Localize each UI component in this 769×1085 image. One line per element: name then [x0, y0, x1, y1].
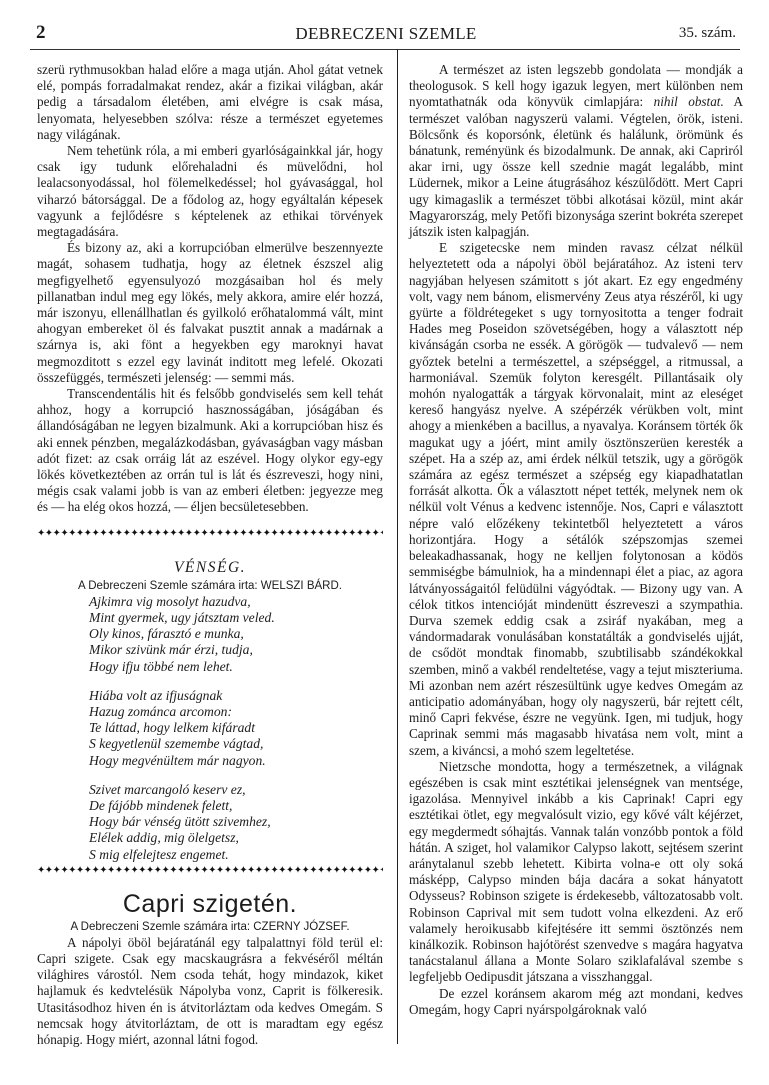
- poem-line: Oly kinos, fárasztó e munka,: [89, 626, 383, 642]
- paragraph: E szigetecske nem minden ravasz célzat n…: [409, 240, 743, 759]
- poem-line: Mikor szivünk már érzi, tudja,: [89, 642, 383, 658]
- poem-line: S kegyetlenül szemembe vágtad,: [89, 736, 383, 752]
- paragraph: És bizony az, aki a korrupcióban elmerül…: [37, 240, 383, 386]
- poem-line: S mig elfelejtesz engemet.: [89, 847, 383, 863]
- paragraph: De ezzel koránsem akarom még azt mondani…: [409, 986, 743, 1018]
- poem-body: Ajkimra vig mosolyt hazudva, Mint gyerme…: [89, 594, 383, 863]
- paragraph-text: A természet valóban nagyszerü valami. Vé…: [409, 94, 743, 239]
- poem-line: Hiába volt az ifjuságnak: [89, 688, 383, 704]
- column-divider: [397, 49, 398, 1044]
- poem-line: Mint gyermek, ugy játsztam veled.: [89, 610, 383, 626]
- poem-line: De fájóbb mindenek felett,: [89, 798, 383, 814]
- poem-line: Hogy megvénültem már nagyon.: [89, 753, 383, 769]
- ornamental-divider: ✦✦✦✦✦✦✦✦✦✦✦✦✦✦✦✦✦✦✦✦✦✦✦✦✦✦✦✦✦✦✦✦✦✦✦✦✦✦✦✦…: [37, 528, 383, 540]
- paragraph: Nietzsche mondotta, hogy a természetnek,…: [409, 759, 743, 986]
- poem-stanza: Ajkimra vig mosolyt hazudva, Mint gyerme…: [89, 594, 383, 675]
- header-rule: [30, 49, 740, 50]
- left-column: szerü rythmusokban halad előre a maga ut…: [37, 62, 383, 1048]
- poem-line: Hogy bár vénség ütött szivemhez,: [89, 814, 383, 830]
- paragraph: A természet az isten legszebb gondolata …: [409, 62, 743, 240]
- poem-line: Hazug zománca arcomon:: [89, 704, 383, 720]
- article-byline: A Debreczeni Szemle számára irta: CZERNY…: [37, 919, 383, 935]
- poem-stanza: Hiába volt az ifjuságnak Hazug zománca a…: [89, 688, 383, 769]
- poem-line: Hogy ifju többé nem lehet.: [89, 659, 383, 675]
- poem-line: Elélek addig, mig ölelgetsz,: [89, 830, 383, 846]
- poem-line: Te láttad, hogy lelkem kifáradt: [89, 720, 383, 736]
- ornamental-divider: ✦✦✦✦✦✦✦✦✦✦✦✦✦✦✦✦✦✦✦✦✦✦✦✦✦✦✦✦✦✦✦✦✦✦✦✦✦✦✦✦…: [37, 865, 383, 877]
- paragraph: Transcendentális hit és felsőbb gondvise…: [37, 386, 383, 516]
- latin-phrase: nihil obstat.: [654, 94, 724, 109]
- publication-title: DEBRECZENI SZEMLE: [36, 24, 736, 44]
- poem-byline: A Debreczeni Szemle számára irta: WELSZI…: [37, 578, 383, 594]
- paragraph: A nápolyi öböl bejáratánál egy talpalatt…: [37, 935, 383, 1048]
- poem-stanza: Szivet marcangoló keserv ez, De fájóbb m…: [89, 782, 383, 863]
- newspaper-page: 2 DEBRECZENI SZEMLE 35. szám. szerü ryth…: [0, 0, 769, 1085]
- right-column: A természet az isten legszebb gondolata …: [409, 62, 743, 1018]
- poem-line: Ajkimra vig mosolyt hazudva,: [89, 594, 383, 610]
- page-header: 2 DEBRECZENI SZEMLE 35. szám.: [36, 22, 736, 44]
- poem-line: Szivet marcangoló keserv ez,: [89, 782, 383, 798]
- article-title: Capri szigetén.: [37, 889, 383, 919]
- issue-number: 35. szám.: [679, 25, 736, 42]
- paragraph: szerü rythmusokban halad előre a maga ut…: [37, 62, 383, 143]
- poem-title: VÉNSÉG.: [37, 558, 383, 578]
- paragraph: Nem tehetünk róla, a mi emberi gyarlóság…: [37, 143, 383, 240]
